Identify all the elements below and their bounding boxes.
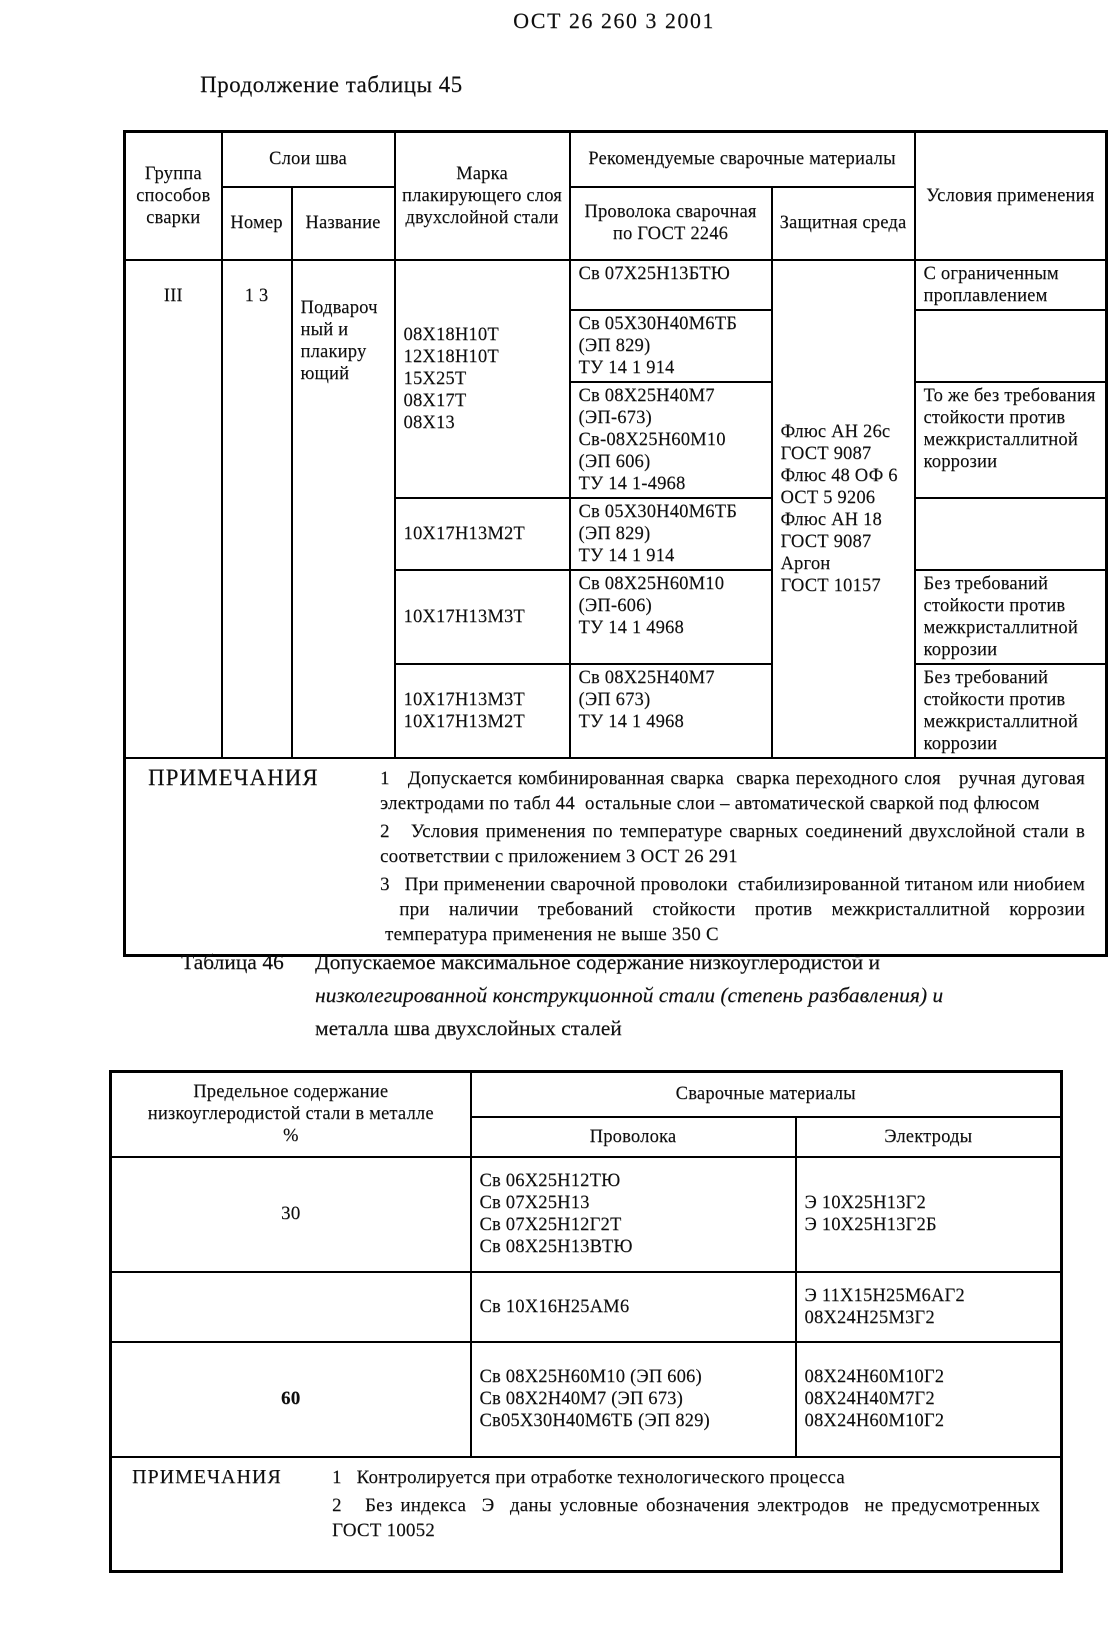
- t46-row3-wires-line: Св 08Х25Н60М10 (ЭП 606): [480, 1366, 787, 1388]
- t45-cond3-cell: То же без требованиястойкости противмежк…: [915, 382, 1107, 498]
- t45-cond5-cell-line: межкристаллитной: [924, 617, 1098, 639]
- t45-wire3-cell-line: (ЭП-673): [579, 407, 763, 429]
- t45-medium-cell-line: ГОСТ 9087: [781, 531, 906, 553]
- t45-medium-cell-line: ОСТ 5 9206: [781, 487, 906, 509]
- t46-notes-body: 1 Контролируется при отработке технологи…: [332, 1462, 1054, 1546]
- t46-row3-percent: 60: [111, 1342, 471, 1457]
- t45-medium-cell-line: Флюс АН 18: [781, 509, 906, 531]
- t45-grade4-cell-line: 10Х17Н13М2Т: [404, 711, 561, 733]
- t45-wire5-cell-line: Св 08Х25Н60М10: [579, 573, 763, 595]
- t45-cond5-cell-line: коррозии: [924, 639, 1098, 661]
- t45-wire3-cell-line: (ЭП 606): [579, 451, 763, 473]
- t45-header-materials: Рекомендуемые сварочные материалы: [570, 132, 915, 187]
- table46-caption-line2: низколегированной конструкционной стали …: [315, 979, 943, 1012]
- scanned-standard-page: ОСТ 26 260 3 2001 Продолжение таблицы 45…: [0, 0, 1117, 1634]
- table45-continuation-label: Продолжение таблицы 45: [200, 72, 463, 98]
- t45-cond1-cell-line: С ограниченным: [924, 263, 1098, 285]
- t45-wire4-cell-line: ТУ 14 1 914: [579, 545, 763, 567]
- t46-row3-electrodes: 08Х24Н60М10Г208Х24Н40М7Г208Х24Н60М10Г2: [796, 1342, 1062, 1457]
- t45-header-medium: Защитная среда: [772, 187, 915, 260]
- t45-layer-name-cell-line: Подвароч: [301, 297, 386, 319]
- t45-layer-name-cell-line: ный и: [301, 319, 386, 341]
- t46-header-limit-line: %: [116, 1125, 466, 1147]
- t45-cond3-cell-line: межкристаллитной: [924, 429, 1098, 451]
- t46-row1-wires-line: Св 08Х25Н13ВТЮ: [480, 1236, 787, 1258]
- t45-header-wire: Проволока сварочная по ГОСТ 2246: [570, 187, 772, 260]
- t45-wire1-cell-line: Св 07Х25Н13БТЮ: [579, 263, 763, 285]
- t46-row2-electrodes: Э 11Х15Н25М6АГ208Х24Н25М3Г2: [796, 1272, 1062, 1342]
- t46-header-limit-line: Предельное содержание: [116, 1081, 466, 1103]
- t45-wire2-cell-line: (ЭП 829): [579, 335, 763, 357]
- t45-wire2-cell: Св 05Х30Н40М6ТБ(ЭП 829)ТУ 14 1 914: [570, 310, 772, 382]
- t45-note-1: 1 Допускается комбинированная сварка сва…: [380, 766, 1085, 816]
- t46-header-limit-line: низкоуглеродистой стали в металле: [116, 1103, 466, 1125]
- t45-grade4-cell-line: 10Х17Н13М3Т: [404, 689, 561, 711]
- t45-cond2-cell-empty: [915, 310, 1107, 382]
- t45-layer-name-cell-line: плакиру: [301, 341, 386, 363]
- t45-cond1-cell-line: проплавлением: [924, 285, 1098, 307]
- t45-group-cell: III: [125, 260, 222, 758]
- t46-row3-electrodes-line: 08Х24Н60М10Г2: [805, 1366, 1053, 1388]
- t45-wire6-cell-line: (ЭП 673): [579, 689, 763, 711]
- table46-caption-label: Таблица 46: [181, 946, 315, 1045]
- t45-wire4-cell-line: Св 05Х30Н40М6ТБ: [579, 501, 763, 523]
- t46-row1-electrodes-line: Э 10Х25Н13Г2: [805, 1192, 1053, 1214]
- t45-notes-body: 1 Допускается комбинированная сварка сва…: [380, 763, 1099, 950]
- t46-row3-wires: Св 08Х25Н60М10 (ЭП 606)Св 08Х2Н40М7 (ЭП …: [471, 1342, 796, 1457]
- t45-grade1-cell-line: 08Х13: [404, 412, 561, 434]
- t46-row2-electrodes-line: Э 11Х15Н25М6АГ2: [805, 1285, 1053, 1307]
- t45-medium-cell: Флюс АН 26сГОСТ 9087Флюс 48 ОФ 6ОСТ 5 92…: [772, 260, 915, 758]
- t45-grade1-cell-line: 15Х25Т: [404, 368, 561, 390]
- t45-notes-label: ПРИМЕЧАНИЯ: [132, 763, 380, 789]
- t46-row1-electrodes-line: Э 10Х25Н13Г2Б: [805, 1214, 1053, 1236]
- t45-wire6-cell-line: ТУ 14 1 4968: [579, 711, 763, 733]
- t46-row3-electrodes-line: 08Х24Н60М10Г2: [805, 1410, 1053, 1432]
- table46-caption-line1: Допускаемое максимальное содержание низк…: [315, 946, 943, 979]
- table46-caption-text: Допускаемое максимальное содержание низк…: [315, 946, 943, 1045]
- t46-note-2: 2 Без индекса Э даны условные обозначени…: [332, 1493, 1040, 1543]
- t45-header-conditions: Условия применения: [915, 132, 1107, 260]
- table46-caption-line3: металла шва двухслойных сталей: [315, 1012, 943, 1045]
- t45-wire1-cell: Св 07Х25Н13БТЮ: [570, 260, 772, 310]
- t45-wire5-cell: Св 08Х25Н60М10(ЭП-606)ТУ 14 1 4968: [570, 570, 772, 664]
- t45-layer-name-cell-line: ющий: [301, 363, 386, 385]
- t45-wire3-cell: Св 08Х25Н40М7(ЭП-673)Св-08Х25Н60М10(ЭП 6…: [570, 382, 772, 498]
- t45-wire3-cell-line: Св-08Х25Н60М10: [579, 429, 763, 451]
- t45-medium-cell-line: ГОСТ 10157: [781, 575, 906, 597]
- t46-header-materials: Сварочные материалы: [471, 1072, 1062, 1117]
- t46-row3-wires-line: Св 08Х2Н40М7 (ЭП 673): [480, 1388, 787, 1410]
- t45-header-group: Группа способов сварки: [125, 132, 222, 260]
- t45-medium-cell-line: Флюс АН 26с: [781, 421, 906, 443]
- t46-row1-wires: Св 06Х25Н12ТЮСв 07Х25Н13Св 07Х25Н12Г2ТСв…: [471, 1157, 796, 1272]
- t45-header-name: Название: [292, 187, 395, 260]
- t45-grade1-cell: 08Х18Н10Т12Х18Н10Т15Х25Т08Х17Т08Х13: [395, 260, 570, 498]
- t46-header-limit: Предельное содержаниенизкоуглеродистой с…: [111, 1072, 471, 1157]
- t45-header-layers: Слои шва: [222, 132, 395, 187]
- t45-cond4-cell-empty: [915, 498, 1107, 570]
- t45-cond3-cell-line: стойкости против: [924, 407, 1098, 429]
- t45-header-grade: Марка плакирующего слоя двухслойной стал…: [395, 132, 570, 260]
- t46-row3-wires-line: Св05Х30Н40М6ТБ (ЭП 829): [480, 1410, 787, 1432]
- t46-notes-label: ПРИМЕЧАНИЯ: [118, 1462, 332, 1488]
- t46-row1-wires-line: Св 06Х25Н12ТЮ: [480, 1170, 787, 1192]
- t45-grade1-cell-line: 12Х18Н10Т: [404, 346, 561, 368]
- t45-grade3-cell: 10Х17Н13М3Т: [395, 570, 570, 664]
- t45-cond5-cell: Без требованийстойкости противмежкристал…: [915, 570, 1107, 664]
- t45-grade2-cell: 10Х17Н13М2Т: [395, 498, 570, 570]
- t45-grade1-cell-line: 08Х17Т: [404, 390, 561, 412]
- t46-row1-wires-line: Св 07Х25Н13: [480, 1192, 787, 1214]
- t46-note-1: 1 Контролируется при отработке технологи…: [332, 1465, 1040, 1490]
- t46-row2-wires-line: Св 10Х16Н25АМ6: [480, 1296, 787, 1318]
- t45-wire4-cell: Св 05Х30Н40М6ТБ(ЭП 829)ТУ 14 1 914: [570, 498, 772, 570]
- t46-row2-wires: Св 10Х16Н25АМ6: [471, 1272, 796, 1342]
- t45-wire5-cell-line: ТУ 14 1 4968: [579, 617, 763, 639]
- table46-caption: Таблица 46 Допускаемое максимальное соде…: [181, 946, 943, 1045]
- t45-wire6-cell: Св 08Х25Н40М7(ЭП 673)ТУ 14 1 4968: [570, 664, 772, 758]
- t46-row2-percent: [111, 1272, 471, 1342]
- t45-cond3-cell-line: То же без требования: [924, 385, 1098, 407]
- t46-notes-cell: ПРИМЕЧАНИЯ 1 Контролируется при отработк…: [111, 1457, 1062, 1572]
- table45: Группа способов сварки Слои шва Марка пл…: [123, 130, 1108, 957]
- t45-wire5-cell-line: (ЭП-606): [579, 595, 763, 617]
- t45-notes-cell: ПРИМЕЧАНИЯ 1 Допускается комбинированная…: [125, 758, 1107, 956]
- t45-layer-name-cell: Подварочный иплакирующий: [292, 260, 395, 758]
- t45-wire4-cell-line: (ЭП 829): [579, 523, 763, 545]
- t45-grade1-cell-line: 08Х18Н10Т: [404, 324, 561, 346]
- t46-row3-electrodes-line: 08Х24Н40М7Г2: [805, 1388, 1053, 1410]
- t45-wire2-cell-line: ТУ 14 1 914: [579, 357, 763, 379]
- t45-wire3-cell-line: ТУ 14 1-4968: [579, 473, 763, 495]
- t45-cond6-cell-line: коррозии: [924, 733, 1098, 755]
- t46-row2-electrodes-line: 08Х24Н25М3Г2: [805, 1307, 1053, 1329]
- t45-cond5-cell-line: Без требований: [924, 573, 1098, 595]
- t45-cond1-cell: С ограниченнымпроплавлением: [915, 260, 1107, 310]
- t46-row1-electrodes: Э 10Х25Н13Г2Э 10Х25Н13Г2Б: [796, 1157, 1062, 1272]
- t46-row1-wires-line: Св 07Х25Н12Г2Т: [480, 1214, 787, 1236]
- t46-header-wire: Проволока: [471, 1117, 796, 1157]
- t46-row1-percent: 30: [111, 1157, 471, 1272]
- t45-note-2: 2 Условия применения по температуре свар…: [380, 819, 1085, 869]
- t45-cond6-cell-line: межкристаллитной: [924, 711, 1098, 733]
- t45-grade4-cell: 10Х17Н13М3Т10Х17Н13М2Т: [395, 664, 570, 758]
- t45-medium-cell-line: Аргон: [781, 553, 906, 575]
- page-title: ОСТ 26 260 3 2001: [123, 8, 1105, 34]
- t45-medium-cell-line: ГОСТ 9087: [781, 443, 906, 465]
- t45-cond6-cell: Без требованийстойкости противмежкристал…: [915, 664, 1107, 758]
- t45-header-number: Номер: [222, 187, 292, 260]
- t45-cond6-cell-line: Без требований: [924, 667, 1098, 689]
- t45-note-3: 3 При применении сварочной проволоки ста…: [380, 872, 1085, 947]
- t45-cond5-cell-line: стойкости против: [924, 595, 1098, 617]
- t45-cond3-cell-line: коррозии: [924, 451, 1098, 473]
- t46-header-electrode: Электроды: [796, 1117, 1062, 1157]
- t45-wire6-cell-line: Св 08Х25Н40М7: [579, 667, 763, 689]
- table46: Предельное содержаниенизкоуглеродистой с…: [109, 1070, 1063, 1573]
- t45-cond6-cell-line: стойкости против: [924, 689, 1098, 711]
- t45-layer-number-cell: 1 3: [222, 260, 292, 758]
- t45-medium-cell-line: Флюс 48 ОФ 6: [781, 465, 906, 487]
- t45-wire2-cell-line: Св 05Х30Н40М6ТБ: [579, 313, 763, 335]
- t45-wire3-cell-line: Св 08Х25Н40М7: [579, 385, 763, 407]
